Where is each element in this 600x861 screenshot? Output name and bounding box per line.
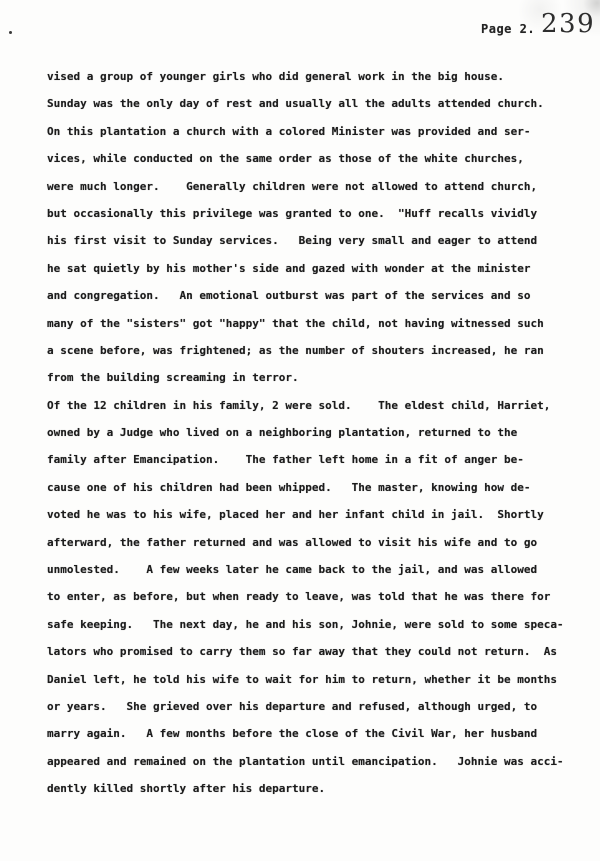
text-line: from the building screaming in terror.: [47, 364, 577, 391]
text-line: owned by a Judge who lived on a neighbor…: [47, 419, 577, 446]
text-line: to enter, as before, but when ready to l…: [47, 583, 577, 610]
text-line: Of the 12 children in his family, 2 were…: [47, 392, 577, 419]
typewritten-text-body: vised a group of younger girls who did g…: [47, 63, 577, 803]
folio-stamp-number: 239: [541, 9, 595, 39]
text-line: and congregation. An emotional outburst …: [47, 282, 577, 309]
text-line: vised a group of younger girls who did g…: [47, 63, 577, 90]
text-line: many of the "sisters" got "happy" that t…: [47, 310, 577, 337]
text-line: lators who promised to carry them so far…: [47, 638, 577, 665]
text-line: On this plantation a church with a color…: [47, 118, 577, 145]
text-line: he sat quietly by his mother's side and …: [47, 255, 577, 282]
text-line: cause one of his children had been whipp…: [47, 474, 577, 501]
text-line: afterward, the father returned and was a…: [47, 529, 577, 556]
text-line: were much longer. Generally children wer…: [47, 173, 577, 200]
page-number-label: Page 2.: [481, 22, 535, 36]
text-line: unmolested. A few weeks later he came ba…: [47, 556, 577, 583]
text-line: Daniel left, he told his wife to wait fo…: [47, 666, 577, 693]
text-line: vices, while conducted on the same order…: [47, 145, 577, 172]
text-line: voted he was to his wife, placed her and…: [47, 501, 577, 528]
text-line: but occasionally this privilege was gran…: [47, 200, 577, 227]
text-line: dently killed shortly after his departur…: [47, 775, 577, 802]
scanned-document-page: Page 2. 239 vised a group of younger gir…: [0, 0, 600, 861]
text-line: safe keeping. The next day, he and his s…: [47, 611, 577, 638]
text-line: appeared and remained on the plantation …: [47, 748, 577, 775]
text-line: a scene before, was frightened; as the n…: [47, 337, 577, 364]
text-line: marry again. A few months before the clo…: [47, 720, 577, 747]
text-line: Sunday was the only day of rest and usua…: [47, 90, 577, 117]
stray-ink-dot: [9, 31, 12, 34]
text-line: family after Emancipation. The father le…: [47, 446, 577, 473]
text-line: his first visit to Sunday services. Bein…: [47, 227, 577, 254]
text-line: or years. She grieved over his departure…: [47, 693, 577, 720]
